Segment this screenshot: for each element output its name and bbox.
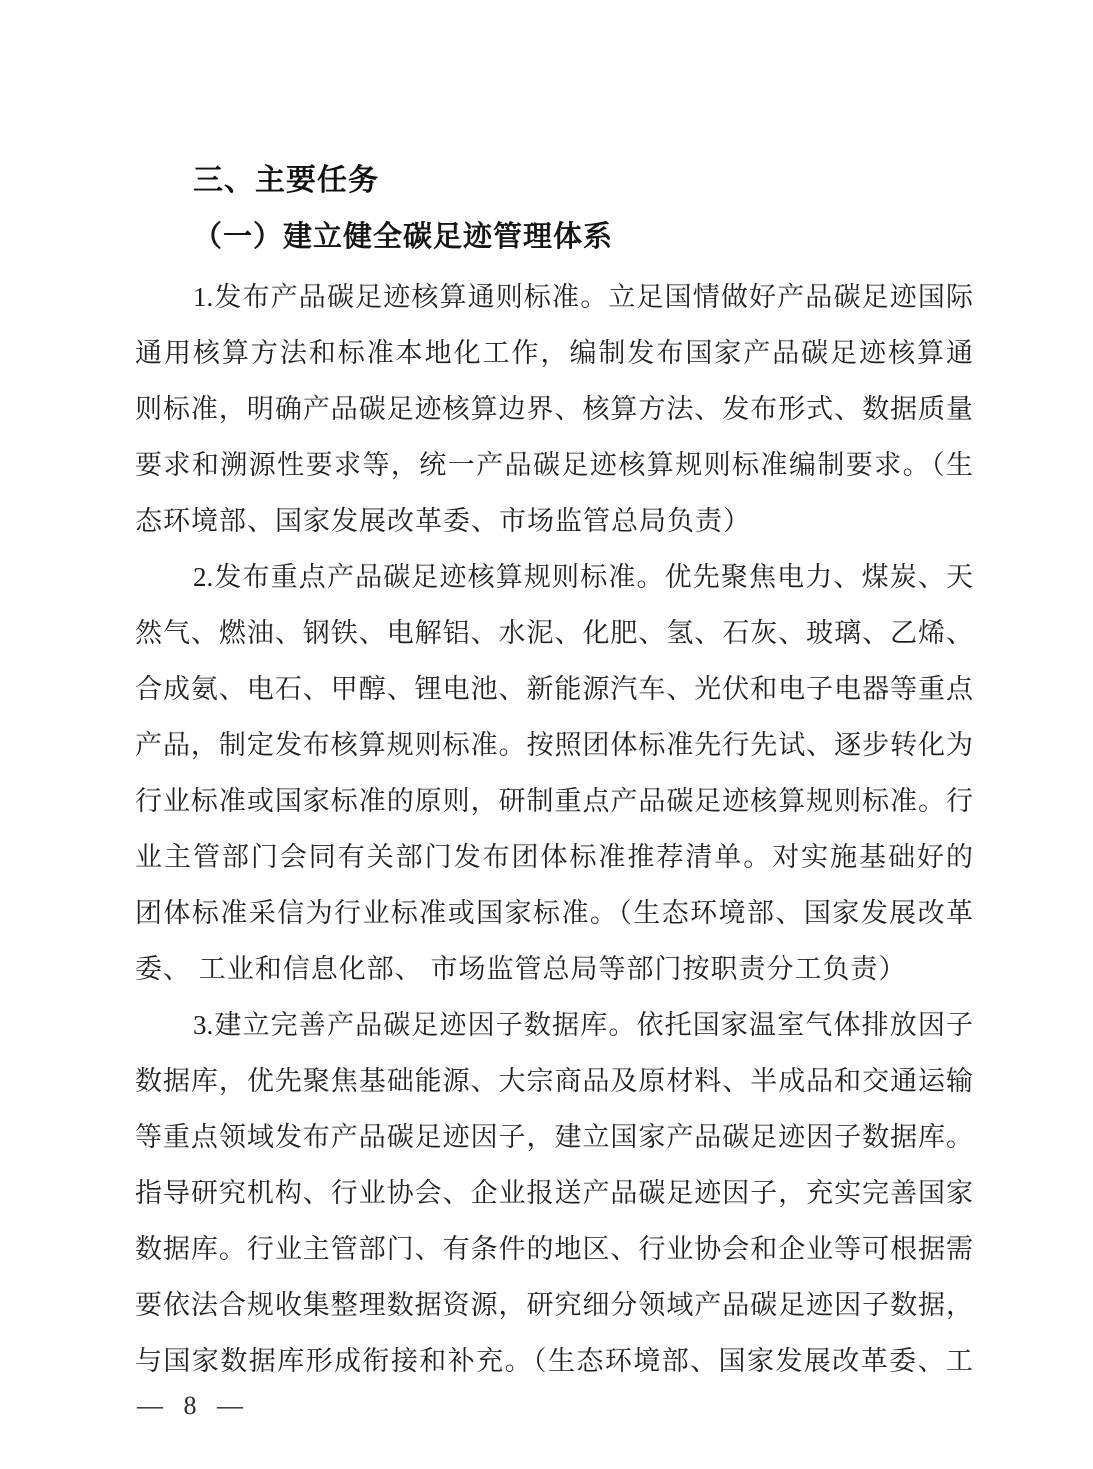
body-line: 业主管部门会同有关部门发布团体标准推荐清单。对实施基础好的 xyxy=(135,829,973,885)
body-line: 要求和溯源性要求等，统一产品碳足迹核算规则标准编制要求。（生 xyxy=(135,437,973,493)
section-heading: 三、主要任务 xyxy=(135,152,973,209)
body-line: 等重点领域发布产品碳足迹因子，建立国家产品碳足迹因子数据库。 xyxy=(135,1109,973,1165)
body-line: 产品，制定发布核算规则标准。按照团体标准先行先试、逐步转化为 xyxy=(135,717,973,773)
body-line: 团体标准采信为行业标准或国家标准。（生态环境部、国家发展改革 xyxy=(135,885,973,941)
document-content: 三、主要任务 （一）建立健全碳足迹管理体系 1.发布产品碳足迹核算通则标准。立足… xyxy=(135,152,973,1389)
body-line: 态环境部、国家发展改革委、市场监管总局负责） xyxy=(135,493,973,549)
body-line: 要依法合规收集整理数据资源，研究细分领域产品碳足迹因子数据， xyxy=(135,1277,973,1333)
body-line: 3.建立完善产品碳足迹因子数据库。依托国家温室气体排放因子 xyxy=(135,997,973,1053)
body-line: 然气、燃油、钢铁、电解铝、水泥、化肥、氢、石灰、玻璃、乙烯、 xyxy=(135,605,973,661)
body-line: 数据库。行业主管部门、有条件的地区、行业协会和企业等可根据需 xyxy=(135,1221,973,1277)
document-body: 1.发布产品碳足迹核算通则标准。立足国情做好产品碳足迹国际通用核算方法和标准本地… xyxy=(135,269,973,1389)
body-line: 行业标准或国家标准的原则，研制重点产品碳足迹核算规则标准。行 xyxy=(135,773,973,829)
page-number: — 8 — xyxy=(137,1386,245,1426)
body-line: 指导研究机构、行业协会、企业报送产品碳足迹因子，充实完善国家 xyxy=(135,1165,973,1221)
body-line: 与国家数据库形成衔接和补充。（生态环境部、国家发展改革委、工 xyxy=(135,1333,973,1389)
body-line: 数据库，优先聚焦基础能源、大宗商品及原材料、半成品和交通运输 xyxy=(135,1053,973,1109)
document-page: { "document": { "heading": "三、主要任务", "su… xyxy=(0,0,1093,1469)
body-line: 2.发布重点产品碳足迹核算规则标准。优先聚焦电力、煤炭、天 xyxy=(135,549,973,605)
body-line: 合成氨、电石、甲醇、锂电池、新能源汽车、光伏和电子电器等重点 xyxy=(135,661,973,717)
subsection-heading: （一）建立健全碳足迹管理体系 xyxy=(135,209,973,266)
body-line: 1.发布产品碳足迹核算通则标准。立足国情做好产品碳足迹国际 xyxy=(135,269,973,325)
body-line: 通用核算方法和标准本地化工作，编制发布国家产品碳足迹核算通 xyxy=(135,325,973,381)
body-line: 则标准，明确产品碳足迹核算边界、核算方法、发布形式、数据质量 xyxy=(135,381,973,437)
body-line: 委、 工业和信息化部、 市场监管总局等部门按职责分工负责） xyxy=(135,941,973,997)
